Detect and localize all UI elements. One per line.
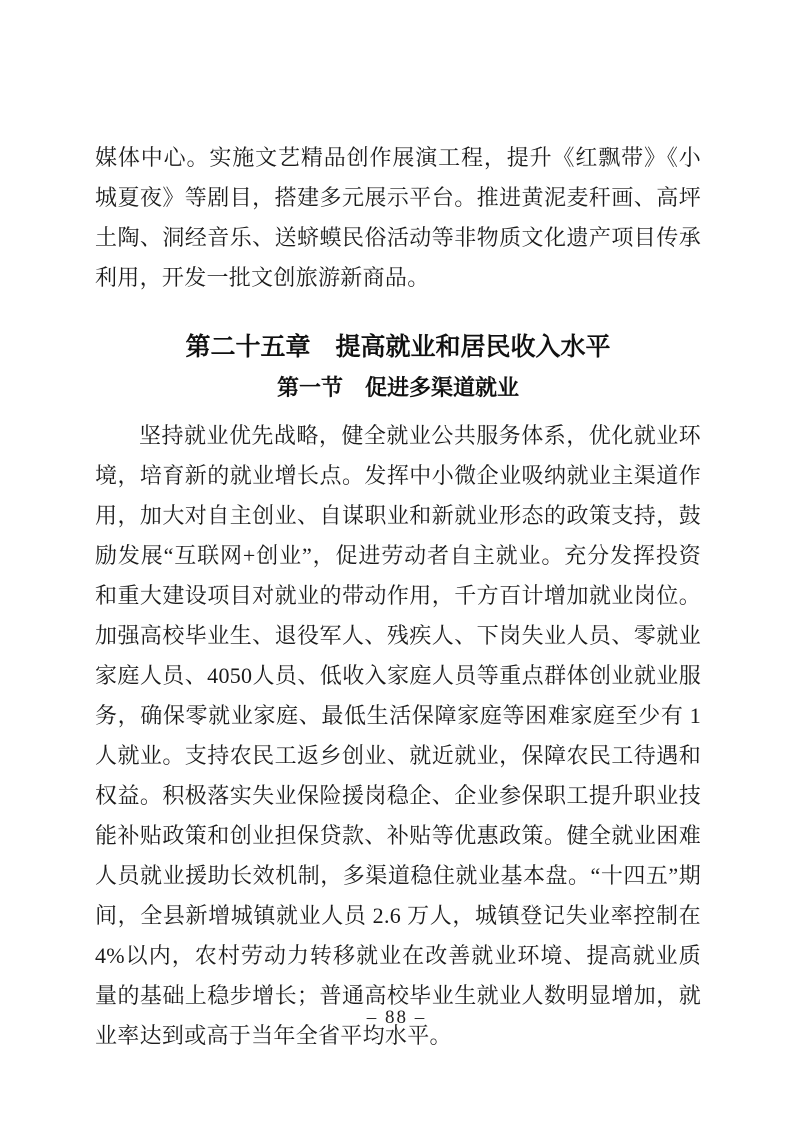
page-number: – 88 – <box>0 1006 793 1030</box>
paragraph-body: 坚持就业优先战略，健全就业公共服务体系，优化就业环境，培育新的就业增长点。发挥中… <box>95 416 701 1056</box>
paragraph-continuation: 媒体中心。实施文艺精品创作展演工程，提升《红飘带》《小城夏夜》等剧目，搭建多元展… <box>95 138 701 298</box>
document-page: 媒体中心。实施文艺精品创作展演工程，提升《红飘带》《小城夏夜》等剧目，搭建多元展… <box>0 0 793 1122</box>
section-heading: 第一节 促进多渠道就业 <box>95 371 701 405</box>
chapter-heading: 第二十五章 提高就业和居民收入水平 <box>95 329 701 365</box>
